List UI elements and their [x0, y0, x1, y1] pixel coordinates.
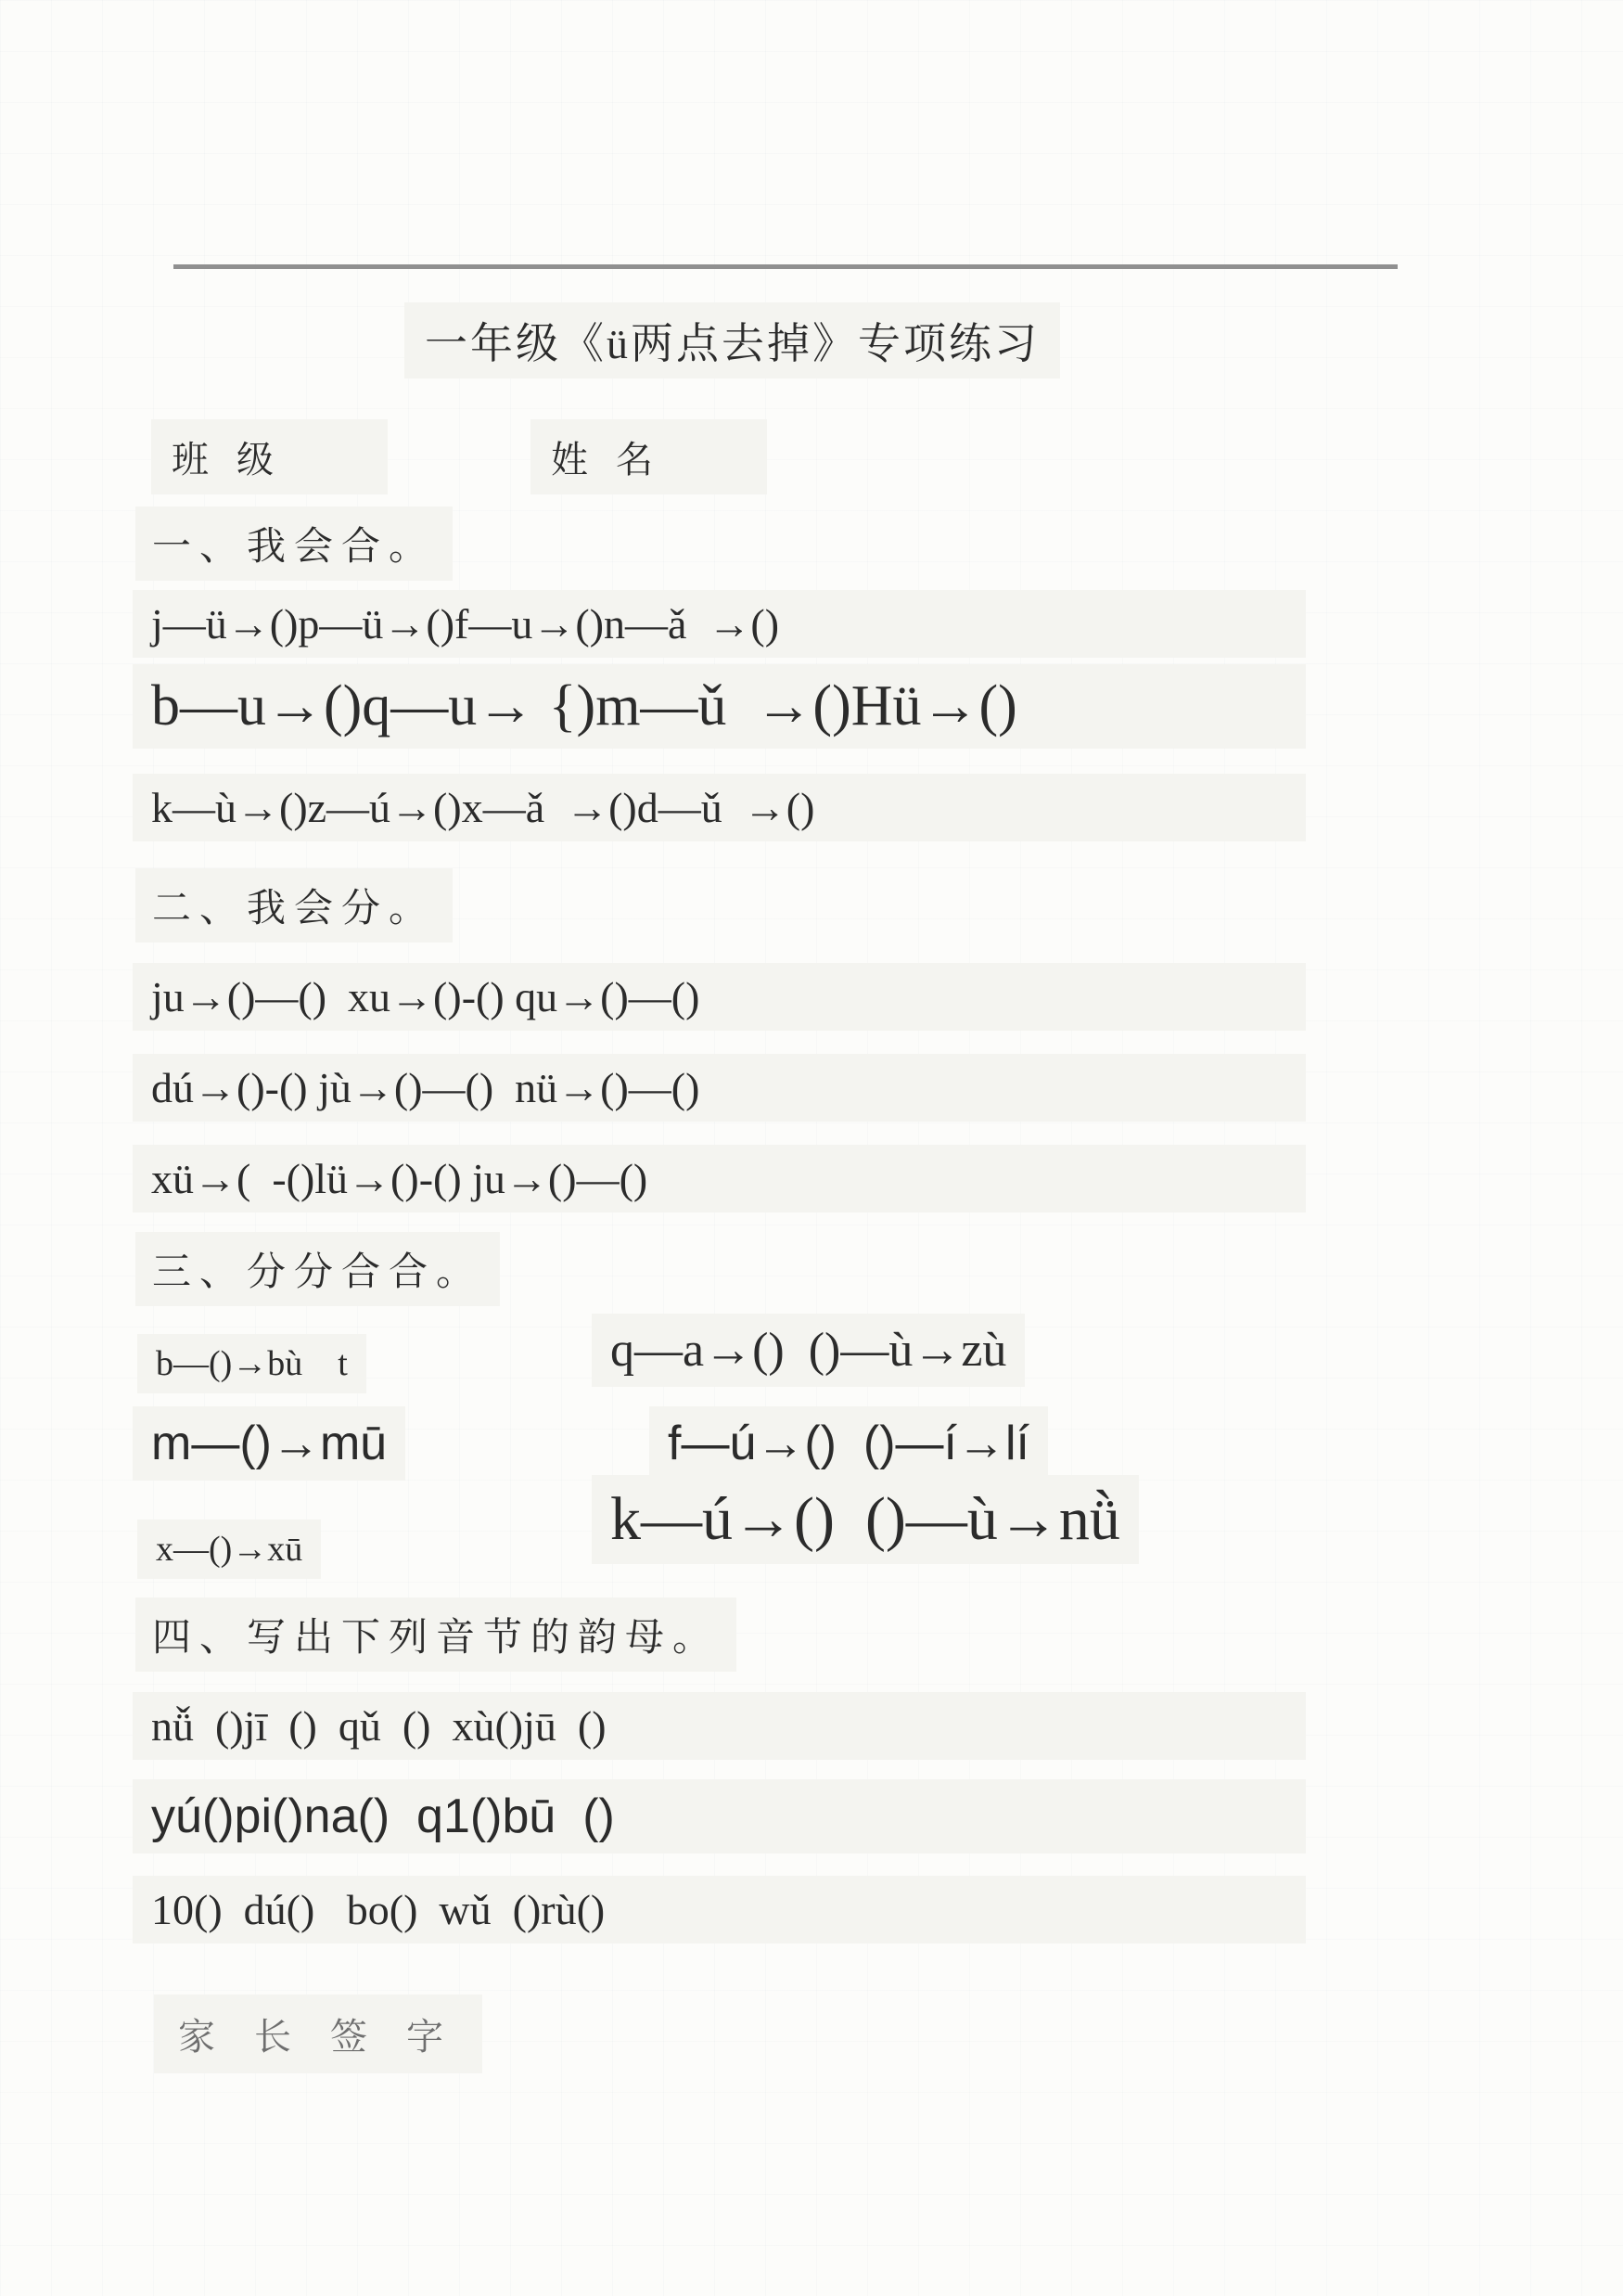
exercise-row: f—ú→() ()—í→lí — [649, 1406, 1048, 1481]
exercise-row: q—a→() ()—ù→zù — [592, 1314, 1025, 1387]
parent-signature-label: 家 长 签 字 — [154, 1995, 482, 2073]
section-4-heading: 四、写出下列音节的韵母。 — [135, 1597, 736, 1672]
exercise-row: b—u→()q—u→ {)m—ǔ →()Hü→() — [133, 664, 1306, 749]
exercise-row: k—ú→() ()—ù→nǜ — [592, 1475, 1139, 1564]
exercise-row: yú()pi()na() q1()bū () — [133, 1779, 1306, 1853]
exercise-row: nǚ ()jī () qǔ () xù()jū () — [133, 1692, 1306, 1760]
exercise-row: j—ü→()p—ü→()f—u→()n—ǎ →() — [133, 590, 1306, 658]
exercise-row: 10() dú() bo() wǔ ()rù() — [133, 1876, 1306, 1943]
section-1-heading: 一、我会合。 — [135, 507, 453, 581]
page-title: 一年级《ü两点去掉》专项练习 — [404, 302, 1060, 378]
exercise-row: b—()→bù t — [137, 1334, 366, 1393]
section-2-heading: 二、我会分。 — [135, 868, 453, 943]
name-label: 姓 名 — [530, 419, 767, 494]
exercise-row: ju→()—() xu→()-() qu→()—() — [133, 963, 1306, 1031]
exercise-row: x—()→xū — [137, 1520, 321, 1579]
class-label: 班 级 — [151, 419, 388, 494]
worksheet-page: 一年级《ü两点去掉》专项练习 班 级 姓 名 一、我会合。 j—ü→()p—ü→… — [0, 0, 1623, 2296]
exercise-row: xü→( -()lü→()-() ju→()—() — [133, 1145, 1306, 1212]
section-3-heading: 三、分分合合。 — [135, 1232, 500, 1306]
exercise-row: k—ù→()z—ú→()x—ǎ →()d—ǔ →() — [133, 774, 1306, 841]
top-divider — [173, 264, 1398, 269]
exercise-row: dú→()-() jù→()—() nü→()—() — [133, 1054, 1306, 1122]
exercise-row: m—()→mū — [133, 1406, 405, 1481]
